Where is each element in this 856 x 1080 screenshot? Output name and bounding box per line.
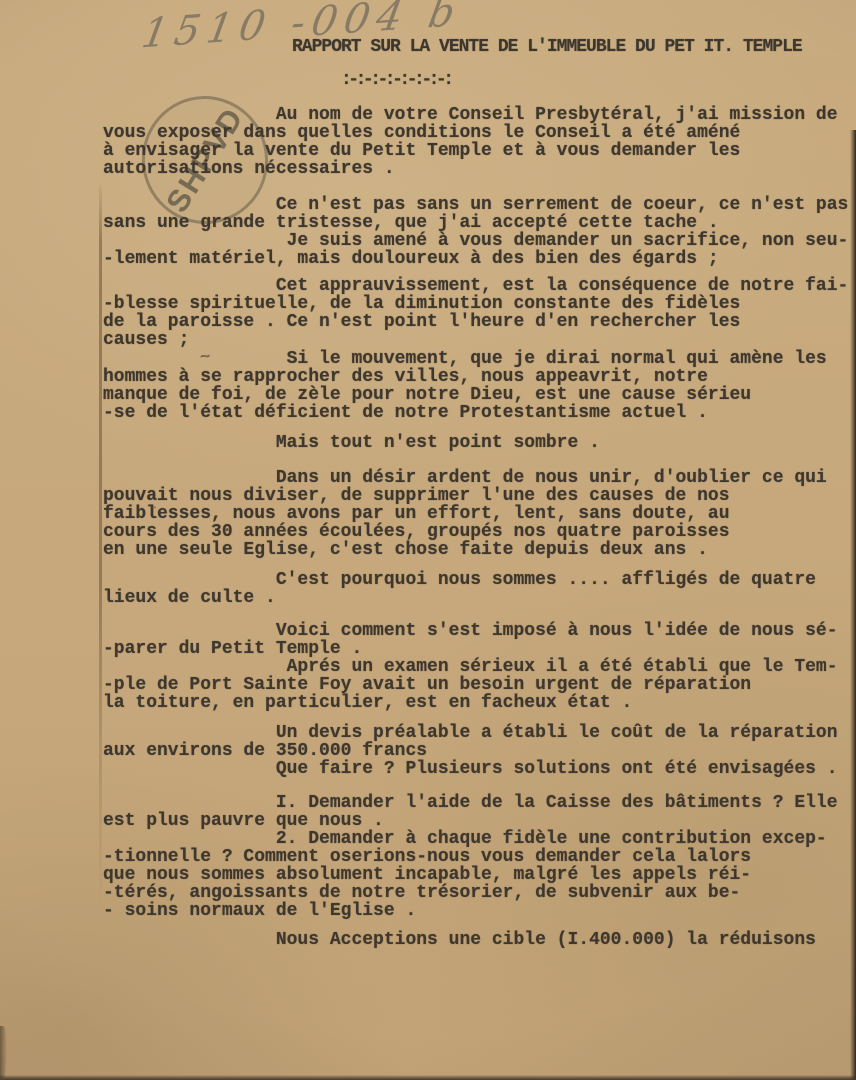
paragraph-2: Ce n'est pas sans un serrement de coeur,… <box>103 196 848 268</box>
paragraph-4: Si le mouvement, que je dirai normal qui… <box>103 350 827 422</box>
paragraph-5: Mais tout n'est point sombre . <box>103 434 600 452</box>
paragraph-7: C'est pourquoi nous sommes .... affligés… <box>103 571 816 607</box>
paragraph-3: Cet apprauvissement, est la conséquence … <box>103 277 848 349</box>
paragraph-8: Voici comment s'est imposé à nous l'idée… <box>103 622 838 712</box>
paragraph-11: Nous Acceptions une cible (I.400.000) la… <box>103 931 816 949</box>
document-title: RAPPORT SUR LA VENTE DE L'IMMEUBLE DU PE… <box>292 38 802 56</box>
title-separator: :-:-:-:-:-:-:-: <box>341 71 451 89</box>
pencil-margin-mark: - <box>149 500 159 517</box>
bottom-left-corner-smudge <box>0 1026 7 1078</box>
scanned-document-page: 1510 -004 b RAPPORT SUR LA VENTE DE L'IM… <box>0 0 856 1080</box>
paragraph-6: Dans un désir ardent de nous unir, d'oub… <box>103 469 827 559</box>
scan-right-edge-shadow <box>850 130 856 1080</box>
paragraph-1: Au nom de votre Conseil Presbytéral, j'a… <box>103 106 838 178</box>
paragraph-9: Un devis préalable a établi le coût de l… <box>103 724 838 778</box>
scan-bottom-edge-shadow <box>0 1075 856 1080</box>
paper-crease <box>99 185 102 910</box>
paragraph-10: I. Demander l'aide de la Caisse des bâti… <box>103 794 838 920</box>
